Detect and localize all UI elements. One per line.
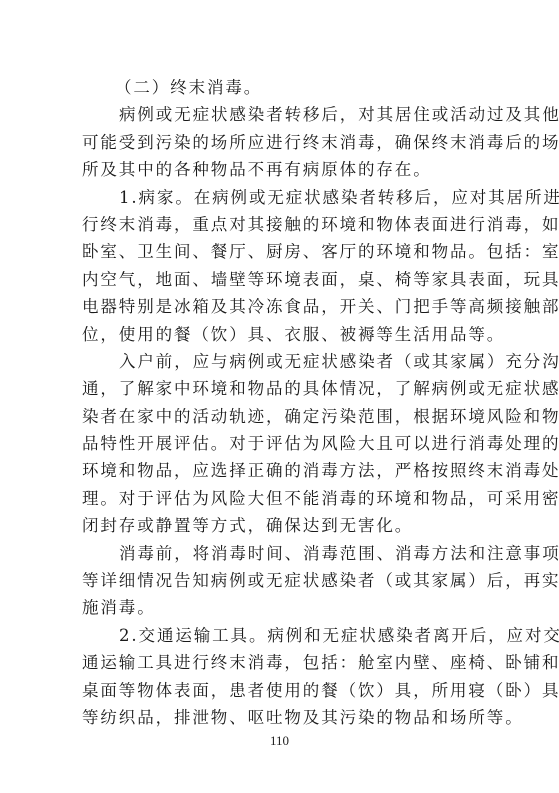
text-line: 所及其中的各种物品不再有病原体的存在。: [82, 156, 474, 183]
paragraph-before-disinfection: 消毒前，将消毒时间、消毒范围、消毒方法和注意事项 等详细情况告知病例或无症状感染…: [82, 540, 474, 622]
text-line: 环境和物品，应选择正确的消毒方法，严格按照终末消毒处: [82, 457, 474, 484]
text-line: 卧室、卫生间、餐厅、厨房、客厅的环境和物品。包括：室: [82, 238, 474, 265]
text-line: 电器特别是冰箱及其冷冻食品，开关、门把手等高频接触部: [82, 293, 474, 320]
body-text: （二）终末消毒。 病例或无症状感染者转移后，对其居住或活动过及其他 可能受到污染…: [82, 74, 474, 731]
text-line: 闭封存或静置等方式，确保达到无害化。: [82, 512, 474, 539]
section-heading: （二）终末消毒。: [82, 74, 474, 101]
text-line: 桌面等物体表面，患者使用的餐（饮）具，所用寝（卧）具: [82, 677, 474, 704]
text-line: 病例或无症状感染者转移后，对其居住或活动过及其他: [82, 101, 474, 128]
text-line: 内空气，地面、墙壁等环境表面，桌、椅等家具表面，玩具，: [82, 266, 474, 293]
text-line: 品特性开展评估。对于评估为风险大且可以进行消毒处理的: [82, 430, 474, 457]
text-line: 位，使用的餐（饮）具、衣服、被褥等生活用品等。: [82, 321, 474, 348]
text-line: 理。对于评估为风险大但不能消毒的环境和物品，可采用密: [82, 485, 474, 512]
text-line: 施消毒。: [82, 594, 474, 621]
text-line: 通运输工具进行终末消毒，包括：舱室内壁、座椅、卧铺和: [82, 649, 474, 676]
text-line: 染者在家中的活动轨迹，确定污染范围，根据环境风险和物: [82, 403, 474, 430]
paragraph-intro: 病例或无症状感染者转移后，对其居住或活动过及其他 可能受到污染的场所应进行终末消…: [82, 101, 474, 183]
page-number: 110: [0, 733, 559, 749]
paragraph-transport: 2.交通运输工具。病例和无症状感染者离开后，应对交 通运输工具进行终末消毒，包括…: [82, 622, 474, 732]
text-line: 1.病家。在病例或无症状感染者转移后，应对其居所进: [82, 184, 474, 211]
text-line: 行终末消毒，重点对其接触的环境和物体表面进行消毒，如: [82, 211, 474, 238]
text-line: 入户前，应与病例或无症状感染者（或其家属）充分沟: [82, 348, 474, 375]
text-line: 可能受到污染的场所应进行终末消毒，确保终末消毒后的场: [82, 129, 474, 156]
text-line: 消毒前，将消毒时间、消毒范围、消毒方法和注意事项: [82, 540, 474, 567]
text-line: 等纺织品，排泄物、呕吐物及其污染的物品和场所等。: [82, 704, 474, 731]
document-page: （二）终末消毒。 病例或无症状感染者转移后，对其居住或活动过及其他 可能受到污染…: [0, 0, 559, 793]
paragraph-patient-home: 1.病家。在病例或无症状感染者转移后，应对其居所进 行终末消毒，重点对其接触的环…: [82, 184, 474, 348]
paragraph-before-entry: 入户前，应与病例或无症状感染者（或其家属）充分沟 通，了解家中环境和物品的具体情…: [82, 348, 474, 540]
text-line: 通，了解家中环境和物品的具体情况，了解病例或无症状感: [82, 375, 474, 402]
text-line: 2.交通运输工具。病例和无症状感染者离开后，应对交: [82, 622, 474, 649]
text-line: 等详细情况告知病例或无症状感染者（或其家属）后，再实: [82, 567, 474, 594]
